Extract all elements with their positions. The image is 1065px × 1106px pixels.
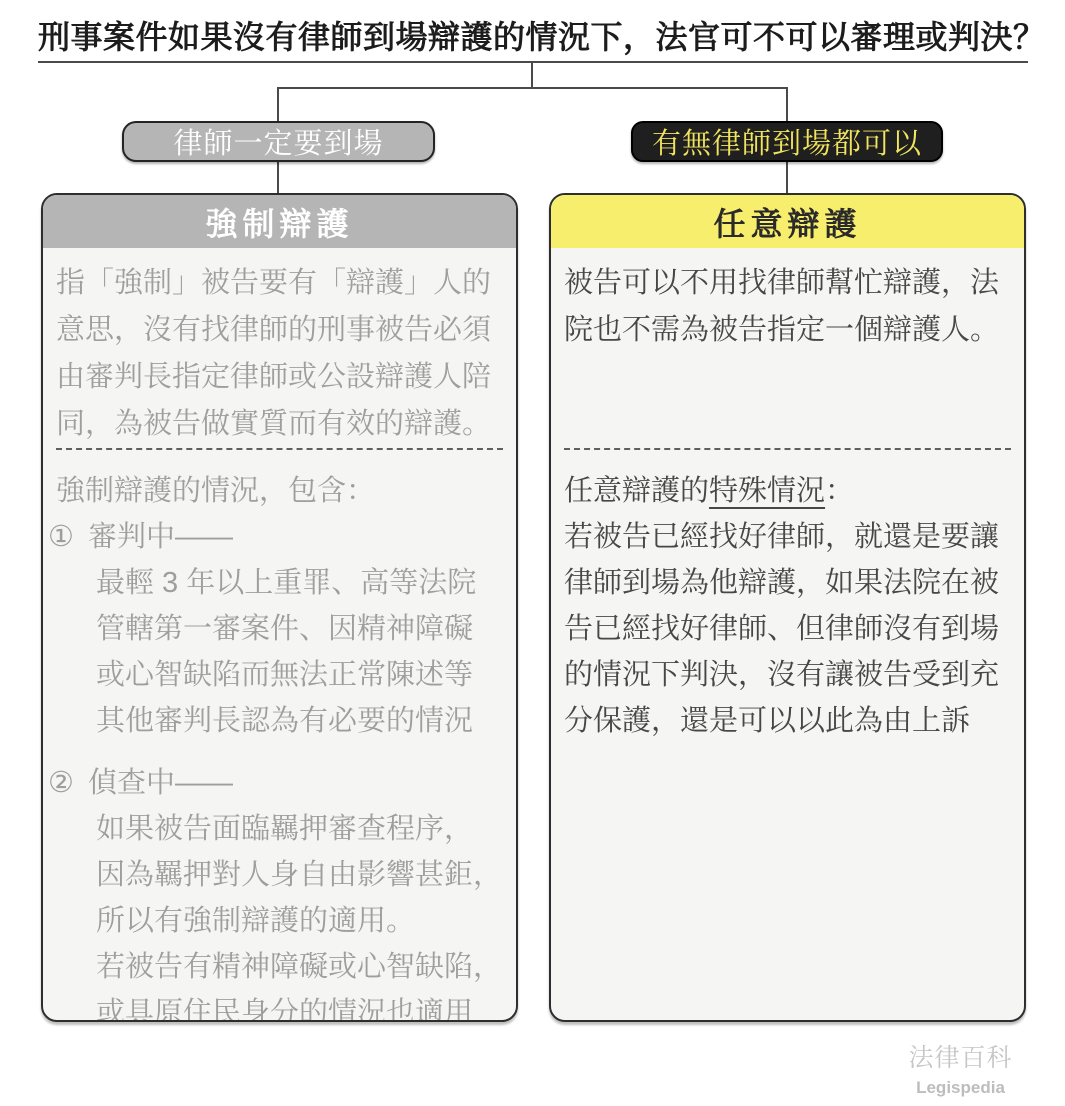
card-mandatory-defense: 強制辯護 指「強制」被告要有「辯護」人的 意思，沒有找律師的刑事被告必須 由審判…	[41, 193, 518, 1022]
branch-label-lawyer-required: 律師一定要到場	[122, 121, 435, 162]
list-item-investigation-stage: ② 偵查中—— 如果被告面臨羈押審查程序， 因為羈押對人身自由影響甚鉅， 所以有…	[48, 760, 503, 1022]
mandatory-list-intro: 強制辯護的情況，包含：	[56, 468, 503, 514]
branch-label-lawyer-optional: 有無律師到場都可以	[631, 121, 943, 162]
connector-left-drop-2	[277, 162, 279, 193]
connector-left-drop	[277, 87, 279, 121]
list-item-head: ② 偵查中——	[48, 760, 503, 806]
brand-name-chinese: 法律百科	[903, 1038, 1018, 1074]
page-title: 刑事案件如果沒有律師到場辯護的情況下，法官可不可以審理或判決？	[38, 12, 1028, 58]
connector-right-drop	[786, 87, 788, 121]
card-voluntary-header: 任意辯護	[551, 195, 1024, 248]
special-heading-colon: ：	[825, 475, 854, 507]
voluntary-special-section: 任意辯護的特殊情況： 若被告已經找好律師，就還是要讓 律師到場為他辯護，如果法院…	[551, 450, 1024, 744]
card-mandatory-header: 強制辯護	[43, 195, 516, 248]
title-divider-line	[38, 61, 1028, 63]
special-case-paragraph: 若被告已經找好律師，就還是要讓 律師到場為他辯護，如果法院在被 告已經找好律師、…	[564, 514, 1011, 744]
special-heading-prefix: 任意辯護的	[564, 475, 709, 507]
list-item-head: ① 審判中——	[48, 514, 503, 560]
list-item-title: 審判中——	[88, 514, 233, 560]
brand-name-english: Legispedia	[903, 1078, 1018, 1098]
special-heading-underlined: 特殊情況	[709, 475, 825, 507]
circled-two-marker: ②	[48, 760, 88, 806]
brand-logo: 法律百科 Legispedia	[903, 1038, 1018, 1098]
mandatory-intro-paragraph: 指「強制」被告要有「辯護」人的 意思，沒有找律師的刑事被告必須 由審判長指定律師…	[43, 248, 516, 448]
list-item-detail: 最輕 3 年以上重罪、高等法院 管轄第一審案件、因精神障礙 或心智缺陷而無法正常…	[96, 560, 503, 744]
list-item-detail: 如果被告面臨羈押審查程序， 因為羈押對人身自由影響甚鉅， 所以有強制辯護的適用。…	[96, 806, 503, 1022]
connector-branch-line	[277, 87, 788, 89]
card-voluntary-defense: 任意辯護 被告可以不用找律師幫忙辯護，法 院也不需為被告指定一個辯護人。 任意辯…	[549, 193, 1026, 1022]
list-item-trial-stage: ① 審判中—— 最輕 3 年以上重罪、高等法院 管轄第一審案件、因精神障礙 或心…	[48, 514, 503, 744]
circled-one-marker: ①	[48, 514, 88, 560]
connector-right-drop-2	[786, 162, 788, 193]
infographic-canvas: 刑事案件如果沒有律師到場辯護的情況下，法官可不可以審理或判決？ 律師一定要到場 …	[0, 0, 1065, 1106]
special-case-heading: 任意辯護的特殊情況：	[564, 468, 1011, 514]
connector-center-drop	[531, 63, 533, 89]
list-item-title: 偵查中——	[88, 760, 233, 806]
mandatory-situations-section: 強制辯護的情況，包含： ① 審判中—— 最輕 3 年以上重罪、高等法院 管轄第一…	[43, 450, 516, 1022]
voluntary-intro-paragraph: 被告可以不用找律師幫忙辯護，法 院也不需為被告指定一個辯護人。	[551, 248, 1024, 448]
